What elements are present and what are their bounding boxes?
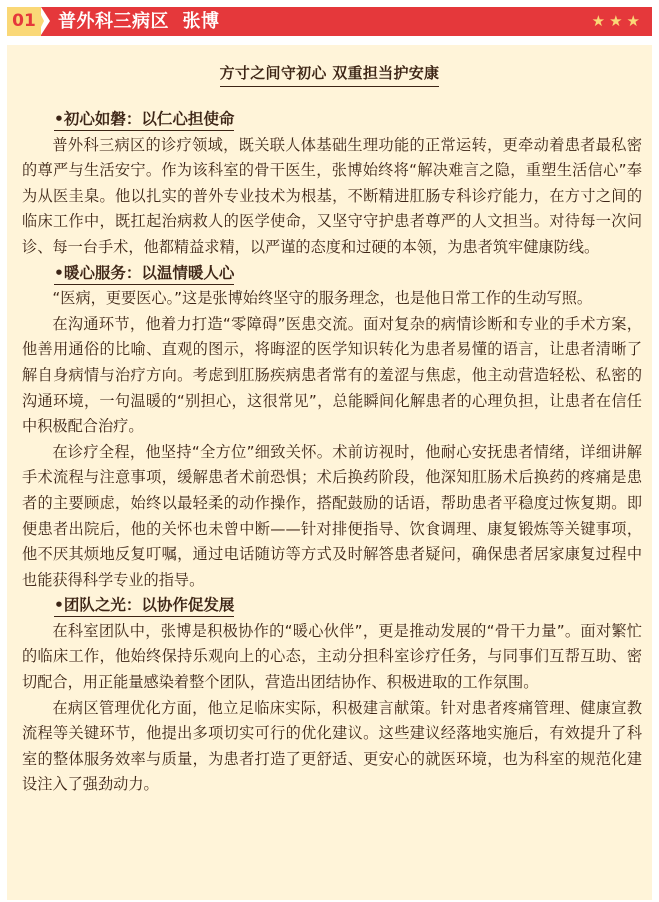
paragraph: “医病，更要医心。”这是张博始终坚守的服务理念，也是他日常工作的生动写照。 xyxy=(22,286,642,312)
section-header-bar: 01 普外科三病区 张博 ★★★ xyxy=(7,7,652,36)
paragraph: 普外科三病区的诊疗领域，既关联人体基础生理功能的正常运转，更牵动着患者最私密的尊… xyxy=(22,133,642,261)
section-number-badge: 01 xyxy=(7,7,41,36)
department-and-name-title: 普外科三病区 张博 xyxy=(58,7,220,36)
section-heading-1: •初心如磐：以仁心担使命 xyxy=(22,107,642,133)
article-card: 方寸之间守初心 双重担当护安康 •初心如磐：以仁心担使命 普外科三病区的诊疗领域… xyxy=(7,45,652,900)
section-heading-3: •团队之光：以协作促发展 xyxy=(22,593,642,619)
section-heading-2: •暖心服务：以温情暖人心 xyxy=(22,261,642,287)
article-title-text: 方寸之间守初心 双重担当护安康 xyxy=(220,62,440,87)
chevron-fill-icon xyxy=(37,7,44,35)
article-body: •初心如磐：以仁心担使命 普外科三病区的诊疗领域，既关联人体基础生理功能的正常运… xyxy=(22,107,642,798)
paragraph: 在沟通环节，他着力打造“零障碍”医患交流。面对复杂的病情诊断和专业的手术方案，他… xyxy=(22,312,642,440)
paragraph: 在病区管理优化方面，他立足临床实际，积极建言献策。针对患者疼痛管理、健康宣教流程… xyxy=(22,696,642,798)
article-title: 方寸之间守初心 双重担当护安康 xyxy=(7,62,652,87)
paragraph: 在科室团队中，张博是积极协作的“暖心伙伴”，更是推动发展的“骨干力量”。面对繁忙… xyxy=(22,619,642,696)
star-rating-icon: ★★★ xyxy=(592,7,644,36)
paragraph: 在诊疗全程，他坚持“全方位”细致关怀。术前访视时，他耐心安抚患者情绪，详细讲解手… xyxy=(22,440,642,594)
